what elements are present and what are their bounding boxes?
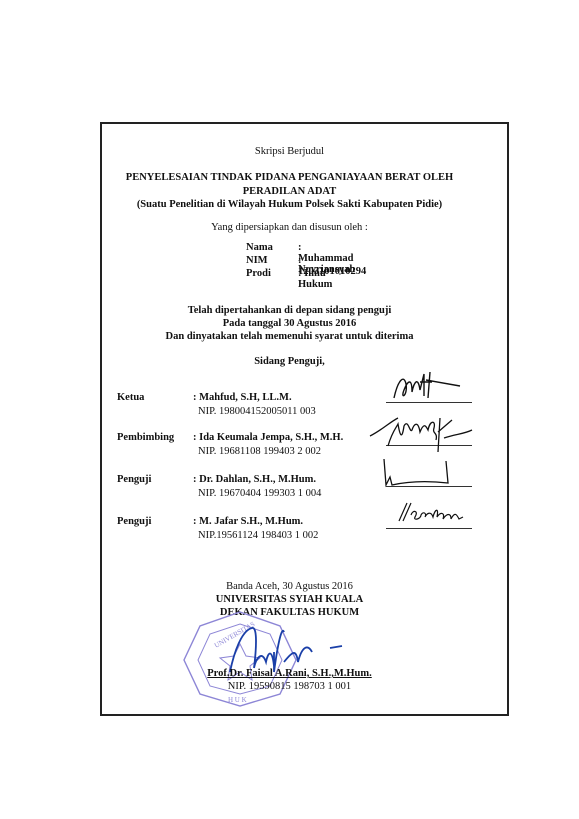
- examiner-name: : Ida Keumala Jempa, S.H., M.H.: [193, 432, 343, 443]
- examiner-name: : Dr. Dahlan, S.H., M.Hum.: [193, 474, 316, 485]
- examiner-role: Ketua: [117, 392, 144, 403]
- student-nim-label: NIM: [246, 255, 268, 266]
- examiner-nip: NIP.19561124 198403 1 002: [198, 530, 318, 541]
- svg-text:H U K: H U K: [228, 696, 247, 704]
- examiner-name: : M. Jafar S.H., M.Hum.: [193, 516, 303, 527]
- examiner-nip: NIP. 19670404 199303 1 004: [198, 488, 321, 499]
- subtitle: (Suatu Penelitian di Wilayah Hukum Polse…: [0, 199, 579, 210]
- university-name: UNIVERSITAS SYIAH KUALA: [0, 594, 579, 605]
- defense-line-3: Dan dinyatakan telah memenuhi syarat unt…: [0, 331, 579, 342]
- title-line-1: PENYELESAIAN TINDAK PIDANA PENGANIAYAAN …: [0, 172, 579, 183]
- signature-penguji-2: [393, 497, 473, 527]
- examiner-name: : Mahfud, S.H, LL.M.: [193, 392, 292, 403]
- examiner-nip: NIP. 198004152005011 003: [198, 406, 316, 417]
- dean-name: Prof.Dr. Faisal A.Rani, S.H.,M.Hum.: [0, 668, 579, 679]
- student-prodi-label: Prodi: [246, 268, 271, 279]
- signature-ketua: [390, 370, 470, 404]
- examiner-role: Pembimbing: [117, 432, 174, 443]
- prepared-by: Yang dipersiapkan dan disusun oleh :: [0, 222, 579, 233]
- signature-line-penguji-2: [386, 528, 472, 529]
- title-line-2: PERADILAN ADAT: [0, 186, 579, 197]
- defense-line-1: Telah dipertahankan di depan sidang peng…: [0, 305, 579, 316]
- dean-nip: NIP. 19590815 198703 1 001: [0, 681, 579, 692]
- student-name-label: Nama: [246, 242, 273, 253]
- signature-pembimbing: [368, 412, 478, 456]
- heading: Skripsi Berjudul: [0, 146, 579, 157]
- committee-heading: Sidang Penguji,: [0, 356, 579, 367]
- place-date: Banda Aceh, 30 Agustus 2016: [0, 581, 579, 592]
- examiner-nip: NIP. 19681108 199403 2 002: [198, 446, 321, 457]
- examiner-role: Penguji: [117, 474, 151, 485]
- examiner-role: Penguji: [117, 516, 151, 527]
- signature-penguji-1: [380, 455, 460, 489]
- defense-line-2: Pada tanggal 30 Agustus 2016: [0, 318, 579, 329]
- student-prodi-value: : Ilmu Hukum: [298, 268, 332, 290]
